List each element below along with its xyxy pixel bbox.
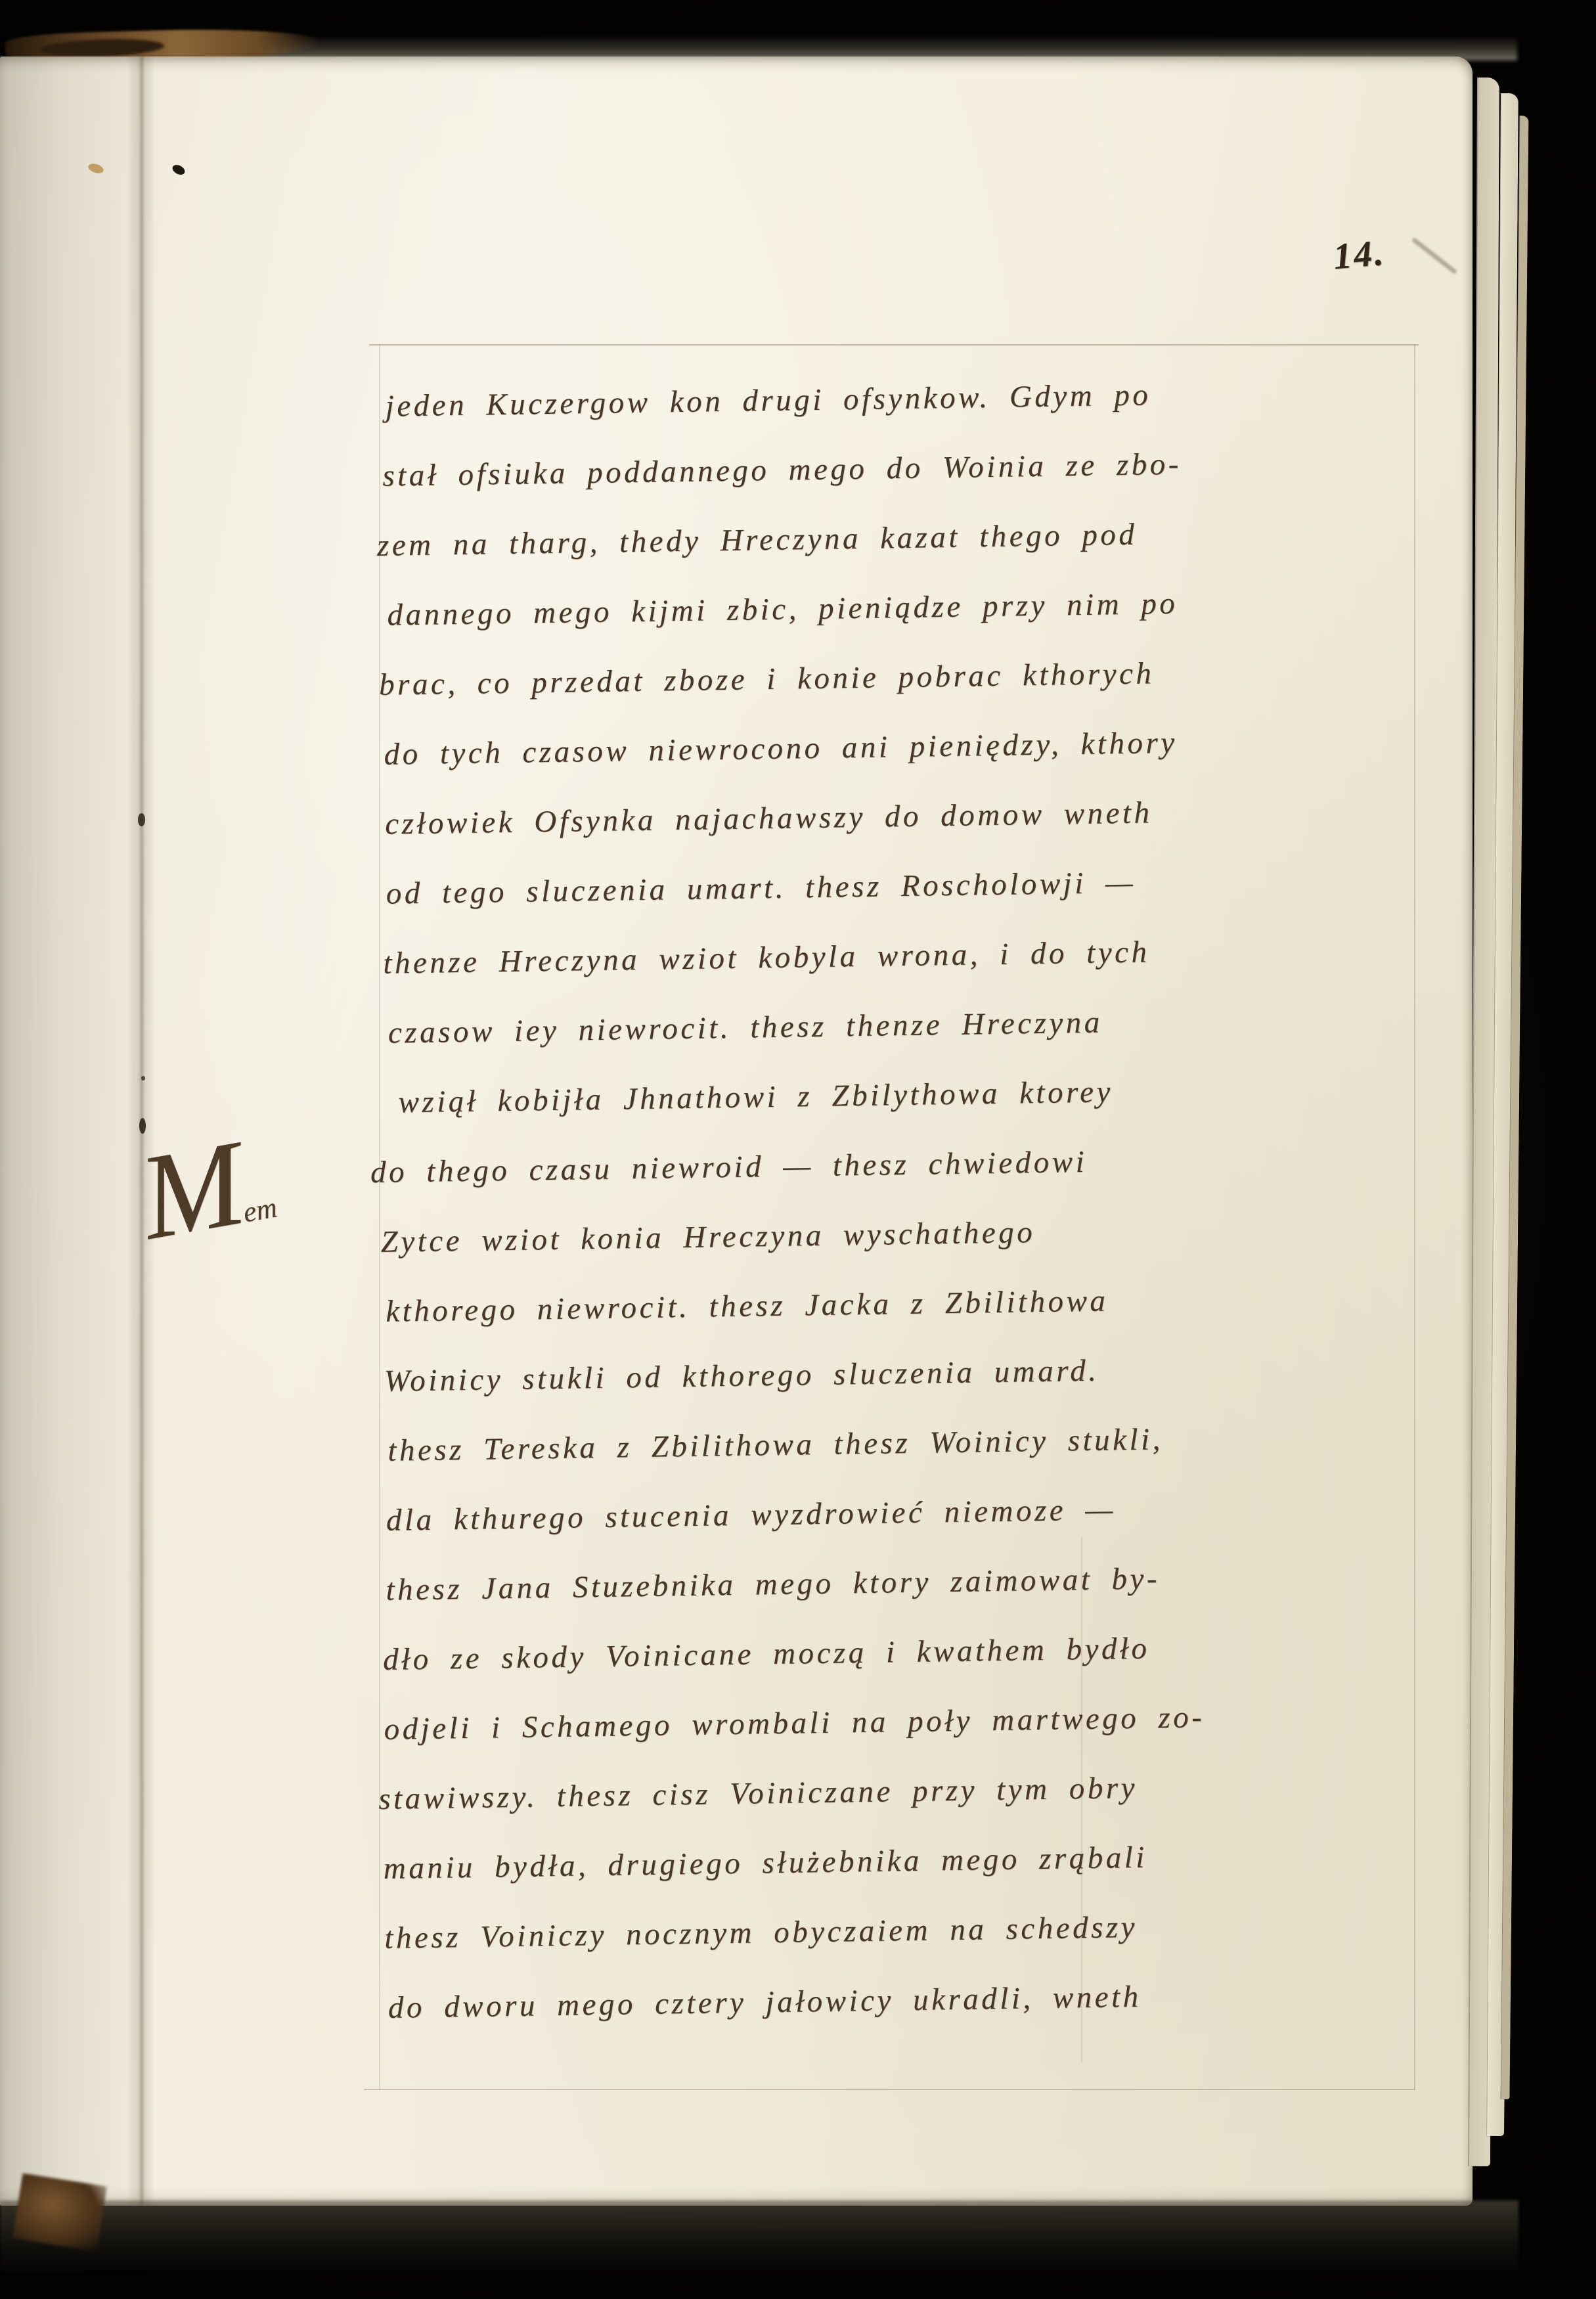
ink-blot <box>141 1076 145 1081</box>
bottom-page-shadow <box>0 2200 1518 2273</box>
ink-blot <box>138 813 145 826</box>
gutter-page-area <box>0 56 135 2206</box>
page-number: 14. <box>1331 232 1386 279</box>
handwritten-text-block: jeden Kuczergow kon drugi ofsynkow. Gdym… <box>368 356 1450 2043</box>
manuscript-scan: 14. Mem jeden Kuczergow kon drugi ofsynk… <box>0 0 1596 2299</box>
pencil-frame-top <box>369 344 1419 346</box>
binding-leather-bottom <box>12 2173 107 2251</box>
pencil-frame-bottom <box>364 2089 1415 2090</box>
